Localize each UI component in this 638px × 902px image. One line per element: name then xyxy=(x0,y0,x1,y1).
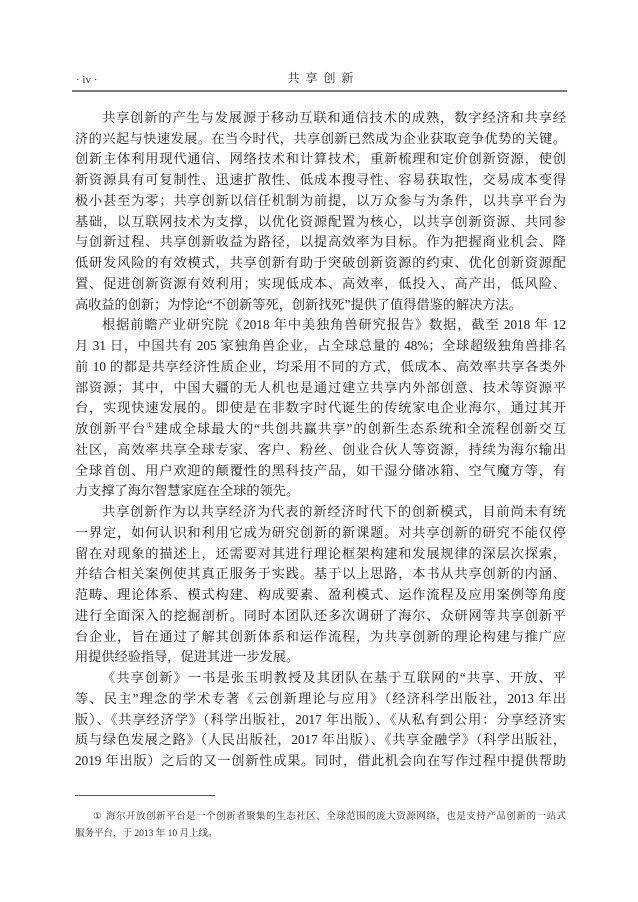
text-line: 范畴、理论体系、模式构建、构成要素、盈利模式、运作流程及应用案例等角度 xyxy=(75,585,566,606)
running-title: 共享创新 xyxy=(75,70,566,86)
footnote-separator xyxy=(75,795,215,796)
header-rule xyxy=(72,90,567,92)
text-line: 用提供经验指导，促进其进一步发展。 xyxy=(75,647,566,668)
text-line: 一界定，如何认识和利用它成为研究创新的新课题。对共享创新的研究不能仅停 xyxy=(75,523,566,544)
text-line: 放创新平台①建成全球最大的“共创共赢共享”的创新生态系统和全流程创新交互 xyxy=(75,419,566,440)
footnote: ①海尔开放创新平台是一个创新者聚集的生态社区、全球范围的庞大资源网络，也是支持产… xyxy=(75,809,566,843)
text-line: 低研发风险的有效模式，共享创新有助于突破创新资源的约束、优化创新资源配 xyxy=(75,253,566,274)
text-line: 与创新过程、共享创新收益为路径，以提高效率为目标。作为把握商业机会、降 xyxy=(75,232,566,253)
text-line: 创新主体利用现代通信、网络技术和计算技术，重新梳理和定价创新资源，使创 xyxy=(75,149,566,170)
text-line: 并结合相关案例使其真正服务于实践。基于以上思路，本书从共享创新的内涵、 xyxy=(75,564,566,585)
footnote-text: 海尔开放创新平台是一个创新者聚集的生态社区、全球范围的庞大资源网络，也是支持产品… xyxy=(106,812,566,822)
text-line: 2019 年出版）之后的又一创新性成果。同时，借此机会向在写作过程中提供帮助 xyxy=(75,751,566,772)
text-line: 济的兴起与快速发展。在当今时代，共享创新已然成为企业获取竞争优势的关键。 xyxy=(75,129,566,150)
text-line: 部资源；其中，中国大疆的无人机也是通过建立共享内外部创意、技术等资源平 xyxy=(75,378,566,399)
text-line: 台企业，旨在通过了解其创新体系和运作流程，为共享创新的理论构建与推广应 xyxy=(75,627,566,648)
text-line: 质与绿色发展之路》（人民出版社，2017 年出版）、《共享金融学》（科学出版社， xyxy=(75,730,566,751)
paragraph-2: 根据前瞻产业研究院《2018 年中美独角兽研究报告》数据，截至 2018 年 1… xyxy=(75,315,566,502)
text-line: 月 31 日，中国共有 205 家独角兽企业，占全球总量的 48%；全球超级独角… xyxy=(75,336,566,357)
text-line: 进行全面深入的挖掘剖析。同时本团队还多次调研了海尔、众研网等共享创新平 xyxy=(75,606,566,627)
footnote-marker: ① xyxy=(93,812,102,822)
text-line: 极小甚至为零；共享创新以信任机制为前提，以万众参与为条件，以共享平台为 xyxy=(75,191,566,212)
text-line: 台，实现快速发展的。即使是在非数字时代诞生的传统家电企业海尔，通过其开 xyxy=(75,398,566,419)
body-text: 共享创新的产生与发展源于移动互联和通信技术的成熟，数字经济和共享经 济的兴起与快… xyxy=(75,108,566,772)
paragraph-4: 《共享创新》一书是张玉明教授及其团队在基于互联网的“共享、开放、平 等、民主”理… xyxy=(75,668,566,772)
footnote-line: ①海尔开放创新平台是一个创新者聚集的生态社区、全球范围的庞大资源网络，也是支持产… xyxy=(75,809,566,826)
paragraph-3: 共享创新作为以共享经济为代表的新经济时代下的创新模式，目前尚未有统 一界定，如何… xyxy=(75,502,566,668)
text-line: 共享创新作为以共享经济为代表的新经济时代下的创新模式，目前尚未有统 xyxy=(75,502,566,523)
text-line: 力支撑了海尔智慧家庭在全球的领先。 xyxy=(75,481,566,502)
paragraph-1: 共享创新的产生与发展源于移动互联和通信技术的成熟，数字经济和共享经 济的兴起与快… xyxy=(75,108,566,316)
text-line: 新资源具有可复制性、迅速扩散性、低成本搜寻性、容易获取性，交易成本变得 xyxy=(75,170,566,191)
text-line: 《共享创新》一书是张玉明教授及其团队在基于互联网的“共享、开放、平 xyxy=(75,668,566,689)
text-line: 前 10 的都是共享经济性质企业，均采用不同的方式，低成本、高效率共享各类外 xyxy=(75,357,566,378)
text-line: 高收益的创新；为悖论“不创新等死，创新找死”提供了值得借鉴的解决方法。 xyxy=(75,295,566,316)
footnote-line: 服务平台，于 2013 年 10 月上线。 xyxy=(75,826,566,843)
text-line: 等、民主”理念的学术专著《云创新理论与应用》（经济科学出版社，2013 年出 xyxy=(75,689,566,710)
text-segment: 放创新平台 xyxy=(75,421,146,436)
text-line: 版）、《共享经济学》（科学出版社，2017 年出版）、《从私有到公用：分享经济实 xyxy=(75,710,566,731)
text-line: 置、促进创新资源有效利用；实现低成本、高效率，低投入、高产出，低风险、 xyxy=(75,274,566,295)
text-line: 根据前瞻产业研究院《2018 年中美独角兽研究报告》数据，截至 2018 年 1… xyxy=(75,315,566,336)
text-line: 社区，高效率共享全球专家、客户、粉丝、创业合伙人等资源，持续为海尔输出 xyxy=(75,440,566,461)
text-line: 全球首创、用户欢迎的颠覆性的黑科技产品，如干湿分储冰箱、空气魔方等，有 xyxy=(75,461,566,482)
text-line: 共享创新的产生与发展源于移动互联和通信技术的成熟，数字经济和共享经 xyxy=(75,108,566,129)
text-segment: 建成全球最大的“共创共赢共享”的创新生态系统和全流程创新交互 xyxy=(154,421,566,436)
text-line: 基础，以互联网技术为支撑，以优化资源配置为核心，以共享创新资源、共同参 xyxy=(75,212,566,233)
text-line: 留在对现象的描述上，还需要对其进行理论框架构建和发展规律的深层次探索， xyxy=(75,544,566,565)
